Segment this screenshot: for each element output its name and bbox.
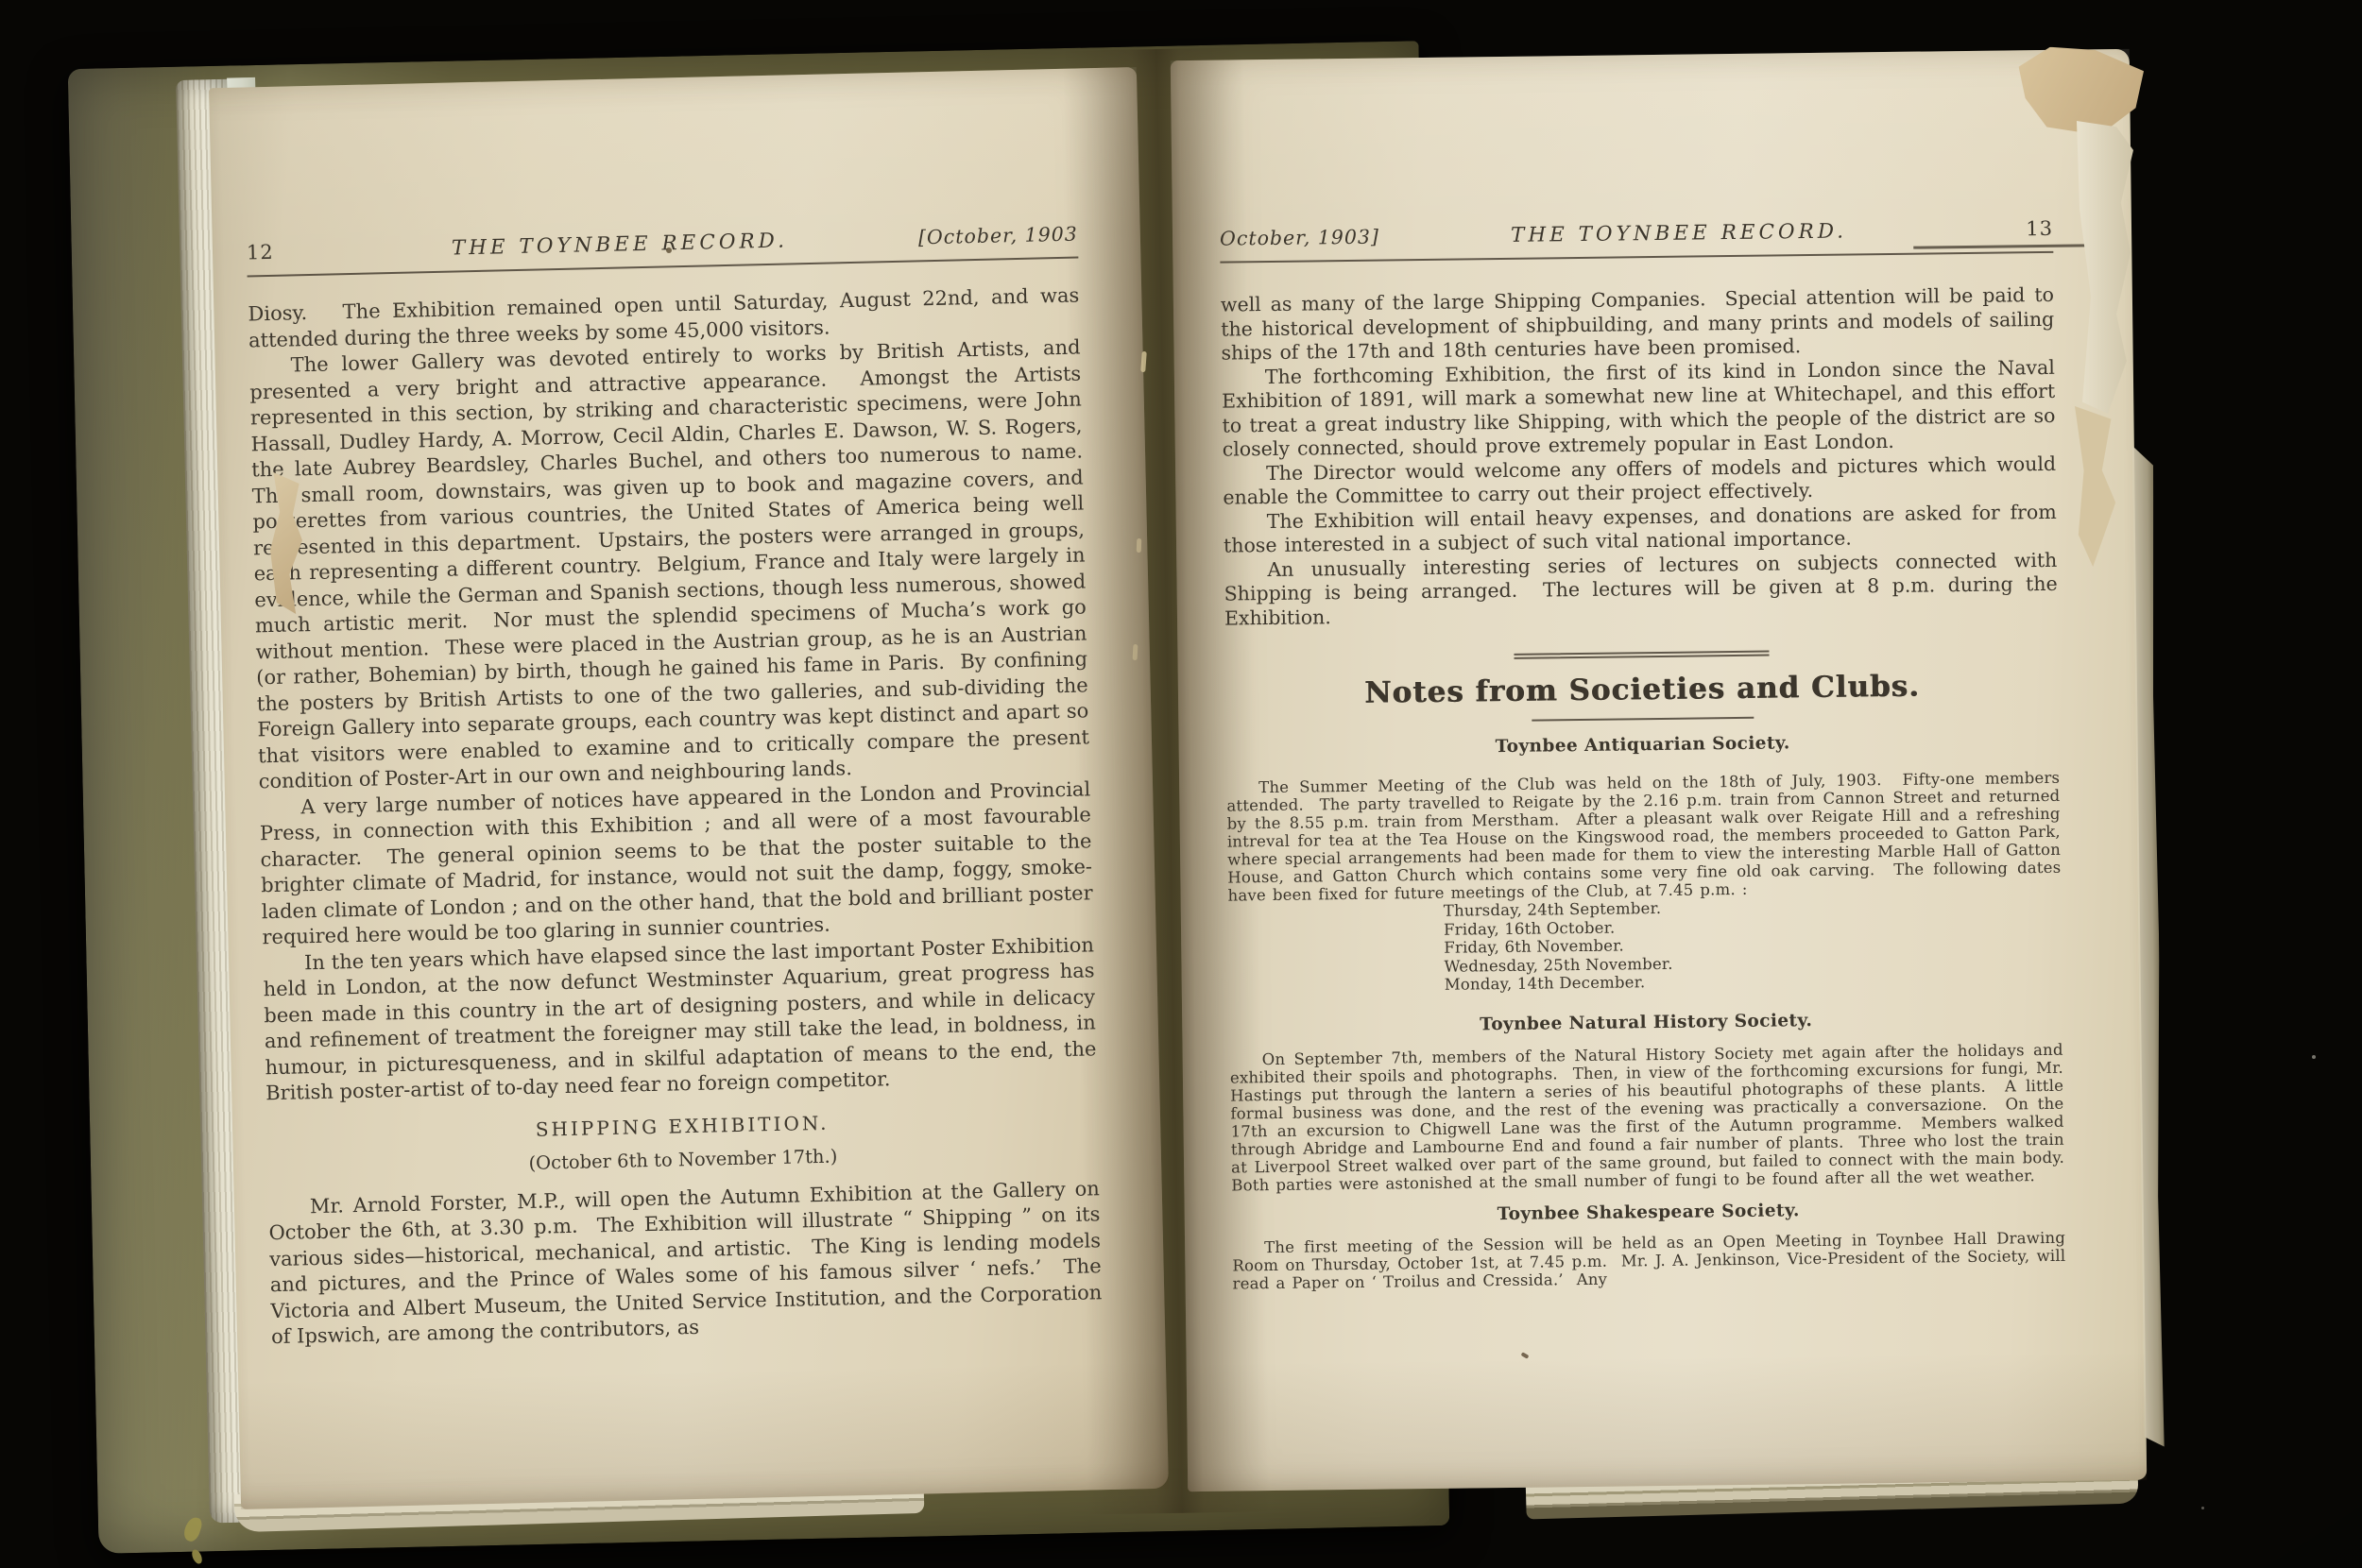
binding-stitch	[1137, 538, 1142, 553]
society-heading-shakespeare: Toynbee Shakespeare Society.	[1232, 1197, 2065, 1227]
paragraph: well as many of the large Shipping Compa…	[1221, 283, 2055, 366]
paragraph: The Summer Meeting of the Club was held …	[1226, 769, 2062, 905]
open-book-photo: 12 THE TOYNBEE RECORD. [October, 1903 Di…	[0, 0, 2362, 1568]
left-page-number: 12	[247, 238, 361, 265]
paragraph: The forthcoming Exhibition, the first of…	[1222, 355, 2056, 462]
right-page-content: October, 1903] THE TOYNBEE RECORD. 13 we…	[1218, 50, 2066, 1292]
paragraph: Mr. Arnold Forster, M.P., will open the …	[268, 1176, 1104, 1351]
page-number-rule	[1913, 244, 2087, 248]
paper-speck	[397, 314, 401, 317]
right-header-rule	[1220, 251, 2053, 264]
right-page: October, 1903] THE TOYNBEE RECORD. 13 we…	[1171, 49, 2147, 1491]
left-page: 12 THE TOYNBEE RECORD. [October, 1903 Di…	[209, 67, 1169, 1509]
societies-section-title: Notes from Societies and Clubs.	[1225, 668, 2059, 712]
right-header-date: October, 1903]	[1220, 224, 1418, 251]
right-running-title: THE TOYNBEE RECORD.	[1418, 218, 1940, 249]
left-running-title: THE TOYNBEE RECORD.	[360, 227, 880, 263]
society-heading-natural-history: Toynbee Natural History Society.	[1229, 1007, 2062, 1037]
paper-speck	[666, 247, 672, 253]
paragraph: A very large number of notices have appe…	[259, 776, 1094, 951]
paragraph: On September 7th, members of the Natural…	[1230, 1040, 2065, 1194]
paragraph: The lower Gallery was devoted entirely t…	[248, 334, 1089, 794]
dust-speck	[2201, 1507, 2204, 1509]
dust-speck	[2312, 1055, 2316, 1059]
right-page-number: 13	[1940, 216, 2053, 242]
left-page-content: 12 THE TOYNBEE RECORD. [October, 1903 Di…	[243, 69, 1103, 1351]
left-header-date: [October, 1903	[880, 222, 1079, 251]
society-heading-antiquarian: Toynbee Antiquarian Society.	[1226, 730, 2060, 760]
paragraph: In the ten years which have elapsed sinc…	[263, 932, 1098, 1107]
fore-edge-paper	[2132, 446, 2165, 1447]
meeting-dates-list: Thursday, 24th September. Friday, 16th O…	[1444, 895, 2062, 994]
section-title-shipping-exhibition: SHIPPING EXHIBITION.	[266, 1105, 1098, 1147]
paragraph: An unusually interesting series of lectu…	[1224, 548, 2058, 630]
single-rule-divider	[1532, 717, 1754, 722]
paragraph: The first meeting of the Session will be…	[1232, 1228, 2066, 1292]
binding-stitch	[1133, 644, 1138, 660]
double-rule-divider	[1514, 651, 1769, 659]
section-subtitle-dates: (October 6th to November 17th.)	[267, 1139, 1099, 1180]
